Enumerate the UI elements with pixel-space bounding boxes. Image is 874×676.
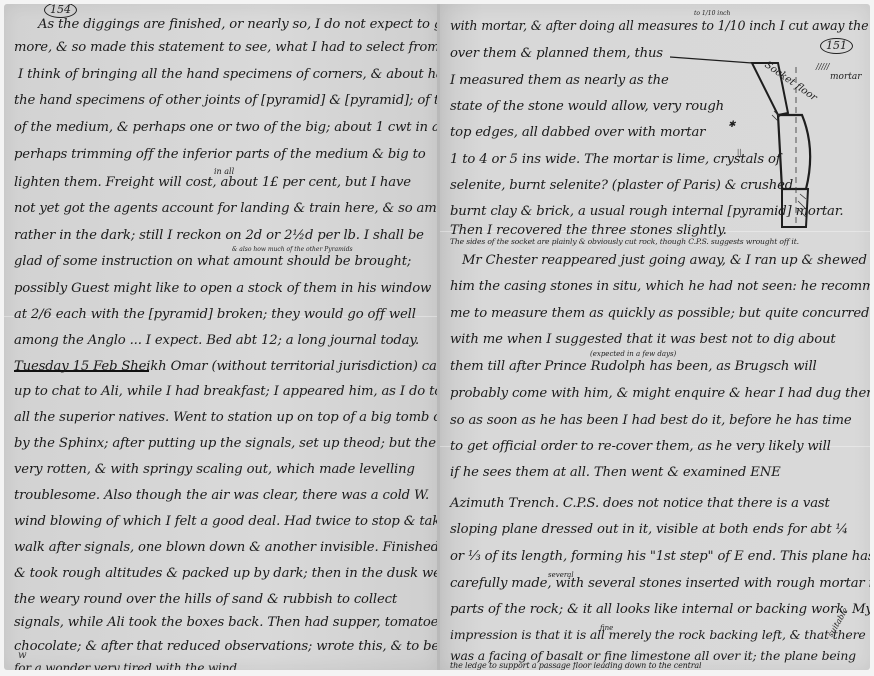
text-line: rather in the dark; still I reckon on 2d…	[14, 229, 424, 242]
inserted-line: The sides of the socket are plainly & ob…	[450, 238, 799, 246]
text-line: I measured them as nearly as the	[450, 74, 669, 87]
text-line: the ledge to support a passage floor lea…	[450, 662, 860, 670]
text-line: & took rough altitudes & packed up by da…	[14, 567, 438, 580]
text-line: carefully made, with several stones inse…	[450, 577, 870, 590]
text-line: them till after Prince Rudolph has been,…	[450, 360, 817, 373]
text-line: top edges, all dabbed over with mortar	[450, 126, 705, 139]
journal-spread: 154 As the diggings are finished, or nea…	[0, 0, 874, 676]
text-line: for a wonder very tired with the wind.	[14, 662, 241, 670]
text-line: of the medium, & perhaps one or two of t…	[14, 121, 438, 134]
text-line: possibly Guest might like to open a stoc…	[14, 282, 431, 295]
text-line: over them & planned them, thus	[450, 47, 663, 60]
text-line: with mortar, & after doing all measures …	[450, 20, 870, 33]
text-line: the weary round over the hills of sand &…	[14, 593, 397, 606]
text-line: more, & so made this statement to see, w…	[14, 41, 438, 54]
text-line: was a facing of basalt or fine limestone…	[450, 650, 856, 662]
left-page: 154 As the diggings are finished, or nea…	[4, 4, 438, 670]
text-line: parts of the rock; & it all looks like i…	[450, 603, 870, 616]
text-line: walk after signals, one blown down & ano…	[14, 541, 438, 554]
svg-text:⫫: ⫫	[736, 146, 743, 160]
text-line: with me when I suggested that it was bes…	[450, 333, 836, 346]
text-line: signals, while Ali took the boxes back. …	[14, 616, 438, 629]
text-line: or ⅓ of its length, forming his "1st ste…	[450, 550, 870, 563]
text-line: the hand specimens of other joints of [p…	[14, 94, 438, 107]
text-line: to get official order to re-cover them, …	[450, 440, 831, 453]
text-line: perhaps trimming off the inferior parts …	[14, 148, 426, 161]
text-line: As the diggings are finished, or nearly …	[38, 18, 438, 31]
date-entry-line: Tuesday 15 Feb Sheikh Omar (without terr…	[14, 360, 438, 373]
text-line: by the Sphinx; after putting up the sign…	[14, 437, 438, 450]
text-line: so as soon as he has been I had best do …	[450, 414, 851, 427]
socket-cross-section-sketch: ✱ ⫫	[670, 49, 850, 229]
text-line: impression is that it is all merely the …	[450, 629, 866, 641]
text-line: chocolate; & after that reduced observat…	[14, 640, 438, 653]
text-line: sloping plane dressed out in it, visible…	[450, 523, 848, 536]
text-line: Mr Chester reappeared just going away, &…	[462, 254, 867, 267]
text-line: him the casing stones in situ, which he …	[450, 280, 870, 293]
sketch-legend-mortar: mortar	[830, 72, 862, 82]
text-line: me to measure them as quickly as possibl…	[450, 307, 869, 320]
text-line: at 2/6 each with the [pyramid] broken; t…	[14, 308, 416, 321]
text-line: glad of some instruction on what amount …	[14, 255, 411, 268]
svg-text:✱: ✱	[728, 120, 737, 130]
text-line: among the Anglo ... I expect. Bed abt 12…	[14, 334, 419, 347]
text-line: not yet got the agents account for landi…	[14, 202, 437, 215]
interlinear-insert: & also how much of the other Pyramids	[232, 246, 353, 253]
footer-mark: w	[18, 650, 27, 661]
interlinear-insert: fine	[600, 624, 613, 632]
text-line: I think of bringing all the hand specime…	[18, 68, 438, 81]
right-page: 151 to 1/10 inch with mortar, & after do…	[440, 4, 870, 670]
text-line: probably come with him, & might enquire …	[450, 387, 870, 400]
text-line: Azimuth Trench. C.P.S. does not notice t…	[450, 497, 830, 510]
sketch-legend-hatch: /////	[816, 62, 829, 71]
text-line: up to chat to Ali, while I had breakfast…	[14, 385, 438, 398]
text-line: very rotten, & with springy scaling out,…	[14, 463, 415, 476]
interlinear-insert: to 1/10 inch	[694, 10, 730, 17]
text-line: if he sees them at all. Then went & exam…	[450, 466, 781, 479]
text-line: lighten them. Freight will cost, about 1…	[14, 176, 411, 189]
text-line: troublesome. Also though the air was cle…	[14, 489, 429, 502]
text-line: wind blowing of which I felt a good deal…	[14, 515, 438, 528]
interlinear-insert: (expected in a few days)	[590, 350, 676, 358]
page-number-left: 154	[44, 4, 77, 18]
text-line: all the superior natives. Went to statio…	[14, 411, 438, 424]
